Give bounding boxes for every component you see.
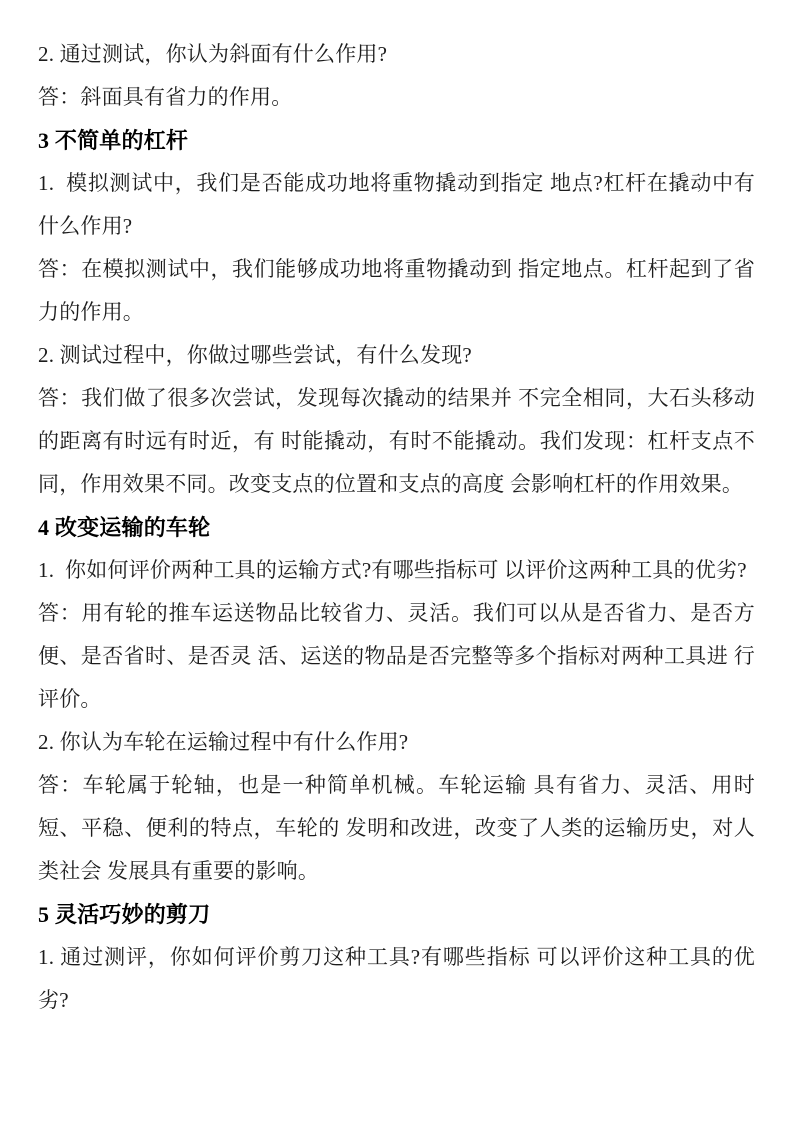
paragraph: 2. 你认为车轮在运输过程中有什么作用?: [38, 721, 755, 764]
paragraph: 答：车轮属于轮轴，也是一种简单机械。车轮运输 具有省力、灵活、用时短、平稳、便利…: [38, 764, 755, 893]
paragraph: 2. 测试过程中，你做过哪些尝试，有什么发现?: [38, 334, 755, 377]
section-heading: 3 不简单的杠杆: [38, 119, 755, 162]
paragraph: 1. 你如何评价两种工具的运输方式?有哪些指标可 以评价这两种工具的优劣?: [38, 549, 755, 592]
paragraph: 1. 通过测评，你如何评价剪刀这种工具?有哪些指标 可以评价这种工具的优劣?: [38, 936, 755, 1022]
paragraph: 答：斜面具有省力的作用。: [38, 76, 755, 119]
paragraph: 答：我们做了很多次尝试，发现每次撬动的结果并 不完全相同，大石头移动的距离有时远…: [38, 377, 755, 506]
section-heading: 4 改变运输的车轮: [38, 506, 755, 549]
paragraph: 1. 模拟测试中，我们是否能成功地将重物撬动到指定 地点?杠杆在撬动中有什么作用…: [38, 162, 755, 248]
section-heading: 5 灵活巧妙的剪刀: [38, 893, 755, 936]
paragraph: 答：在模拟测试中，我们能够成功地将重物撬动到 指定地点。杠杆起到了省力的作用。: [38, 248, 755, 334]
paragraph: 答：用有轮的推车运送物品比较省力、灵活。我们可以从是否省力、是否方便、是否省时、…: [38, 592, 755, 721]
document-page: 2. 通过测试，你认为斜面有什么作用?答：斜面具有省力的作用。3 不简单的杠杆1…: [0, 0, 793, 1122]
document-content: 2. 通过测试，你认为斜面有什么作用?答：斜面具有省力的作用。3 不简单的杠杆1…: [38, 33, 755, 1022]
paragraph: 2. 通过测试，你认为斜面有什么作用?: [38, 33, 755, 76]
